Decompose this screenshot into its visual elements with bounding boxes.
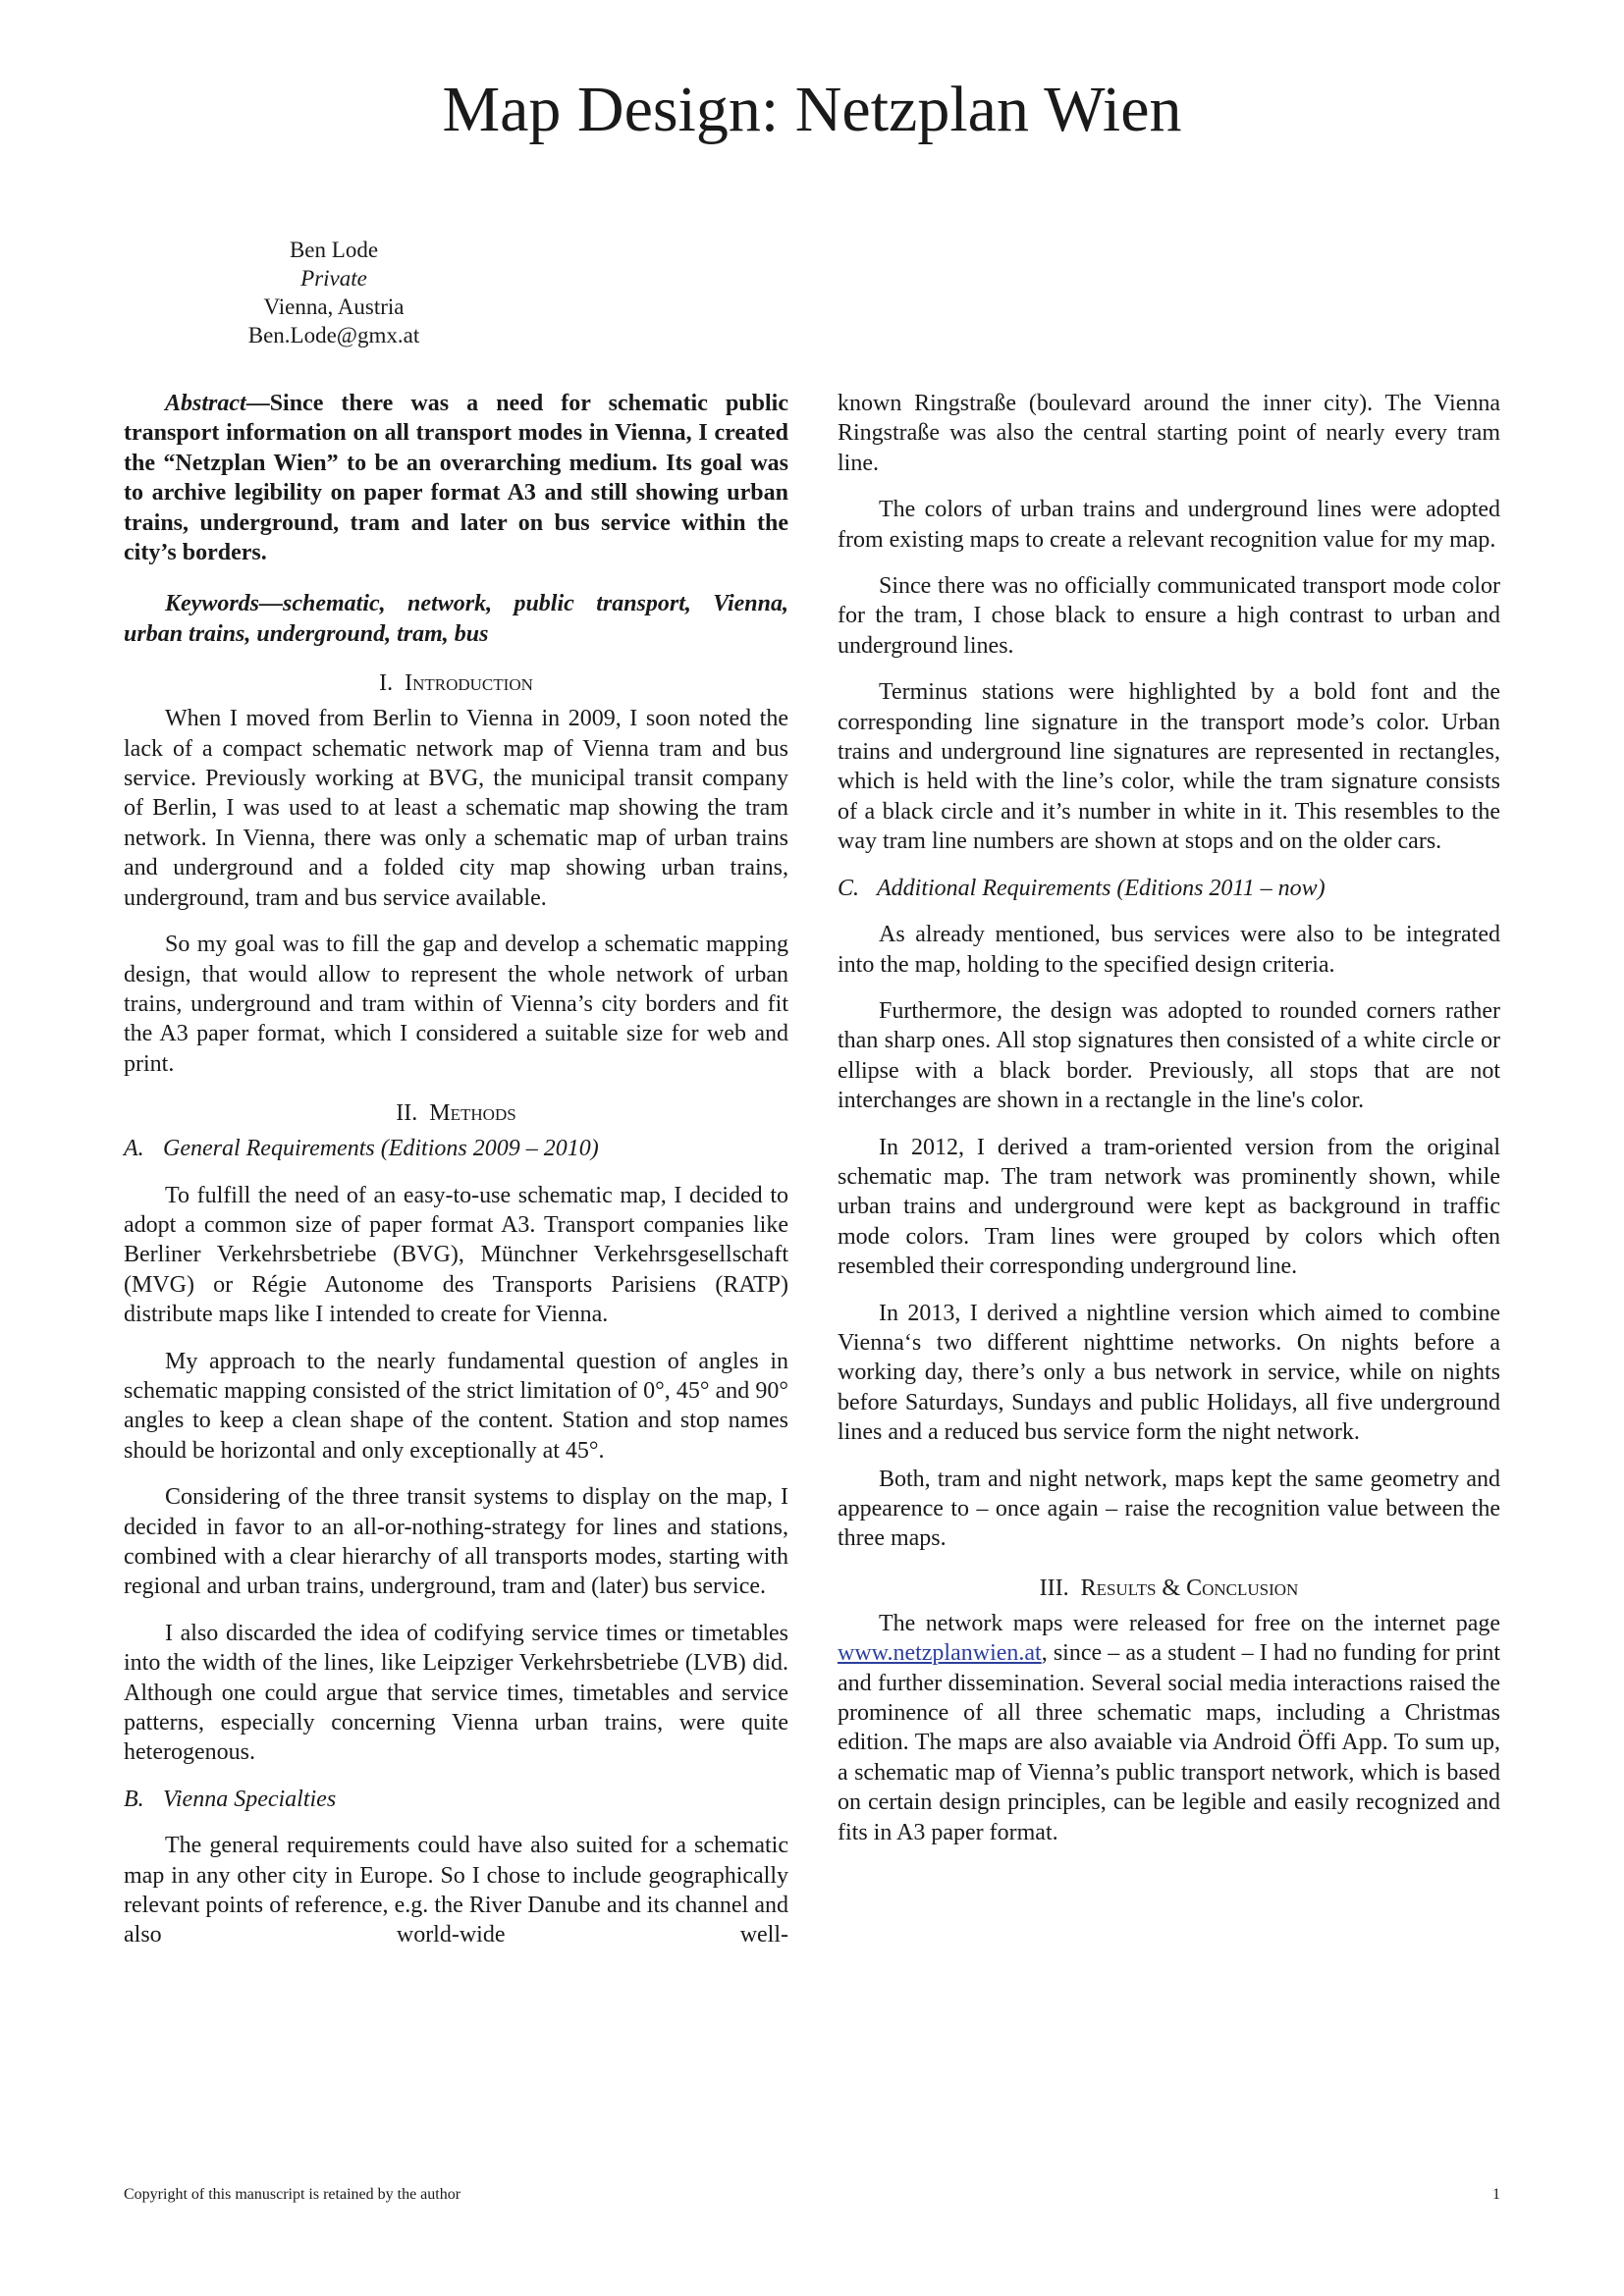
paragraph: The general requirements could have also… xyxy=(124,1831,788,1950)
paragraph: As already mentioned, bus services were … xyxy=(838,920,1500,980)
subsection-number: B. xyxy=(124,1785,163,1814)
paragraph: In 2012, I derived a tram-oriented versi… xyxy=(838,1133,1500,1282)
results-text: The network maps were released for free … xyxy=(879,1611,1500,1636)
results-text: , since – as a student – I had no fundin… xyxy=(838,1640,1500,1844)
section-title: Introduction xyxy=(405,670,533,696)
left-column: Abstract—Since there was a need for sche… xyxy=(124,389,788,1967)
paragraph: To fulfill the need of an easy-to-use sc… xyxy=(124,1181,788,1330)
section-title: Methods xyxy=(429,1100,515,1126)
section-number: III. xyxy=(1040,1575,1069,1601)
paragraph: The network maps were released for free … xyxy=(838,1609,1500,1847)
author-name: Ben Lode xyxy=(187,236,481,264)
author-email: Ben.Lode@gmx.at xyxy=(187,321,481,349)
subsection-title: General Requirements (Editions 2009 – 20… xyxy=(163,1136,599,1161)
paper-title: Map Design: Netzplan Wien xyxy=(0,71,1624,149)
section-number: I. xyxy=(379,670,393,696)
section-heading-results: III. Results & Conclusion xyxy=(838,1574,1500,1603)
copyright-notice: Copyright of this manuscript is retained… xyxy=(124,2186,460,2203)
subsection-heading-additional-requirements: C.Additional Requirements (Editions 2011… xyxy=(838,874,1500,903)
section-heading-introduction: I. Introduction xyxy=(124,668,788,698)
subsection-number: C. xyxy=(838,874,877,903)
page-footer: Copyright of this manuscript is retained… xyxy=(124,2185,1500,2205)
paragraph: In 2013, I derived a nightline version w… xyxy=(838,1299,1500,1448)
page-number: 1 xyxy=(1492,2185,1500,2205)
paragraph: Considering of the three transit systems… xyxy=(124,1482,788,1602)
paragraph: Furthermore, the design was adopted to r… xyxy=(838,996,1500,1116)
keywords: Keywords—schematic, network, public tran… xyxy=(124,589,788,649)
paragraph: So my goal was to fill the gap and devel… xyxy=(124,930,788,1079)
right-column: known Ringstraße (boulevard around the i… xyxy=(838,389,1500,1864)
subsection-title: Additional Requirements (Editions 2011 –… xyxy=(877,876,1326,901)
subsection-number: A. xyxy=(124,1134,163,1163)
section-title: Results & Conclusion xyxy=(1081,1575,1299,1601)
section-heading-methods: II. Methods xyxy=(124,1098,788,1128)
keywords-label: Keywords xyxy=(165,591,259,616)
subsection-title: Vienna Specialties xyxy=(163,1787,336,1812)
abstract: Abstract—Since there was a need for sche… xyxy=(124,389,788,567)
author-affiliation: Private xyxy=(187,264,481,293)
abstract-label: Abstract xyxy=(165,391,246,416)
author-block: Ben Lode Private Vienna, Austria Ben.Lod… xyxy=(187,236,481,349)
subsection-heading-vienna-specialties: B.Vienna Specialties xyxy=(124,1785,788,1814)
paragraph: The colors of urban trains and undergrou… xyxy=(838,495,1500,555)
author-location: Vienna, Austria xyxy=(187,293,481,321)
paragraph: Terminus stations were highlighted by a … xyxy=(838,677,1500,856)
abstract-text: Since there was a need for schematic pub… xyxy=(124,391,788,565)
paragraph: My approach to the nearly fundamental qu… xyxy=(124,1347,788,1467)
paragraph: Since there was no officially communicat… xyxy=(838,571,1500,661)
paragraph: Both, tram and night network, maps kept … xyxy=(838,1465,1500,1554)
abstract-dash: — xyxy=(246,391,270,416)
paragraph: I also discarded the idea of codifying s… xyxy=(124,1619,788,1768)
keywords-dash: — xyxy=(259,591,283,616)
paragraph: When I moved from Berlin to Vienna in 20… xyxy=(124,704,788,913)
website-link[interactable]: www.netzplanwien.at xyxy=(838,1640,1042,1666)
paragraph-continued: known Ringstraße (boulevard around the i… xyxy=(838,389,1500,478)
section-number: II. xyxy=(396,1100,417,1126)
subsection-heading-general-requirements: A.General Requirements (Editions 2009 – … xyxy=(124,1134,788,1163)
